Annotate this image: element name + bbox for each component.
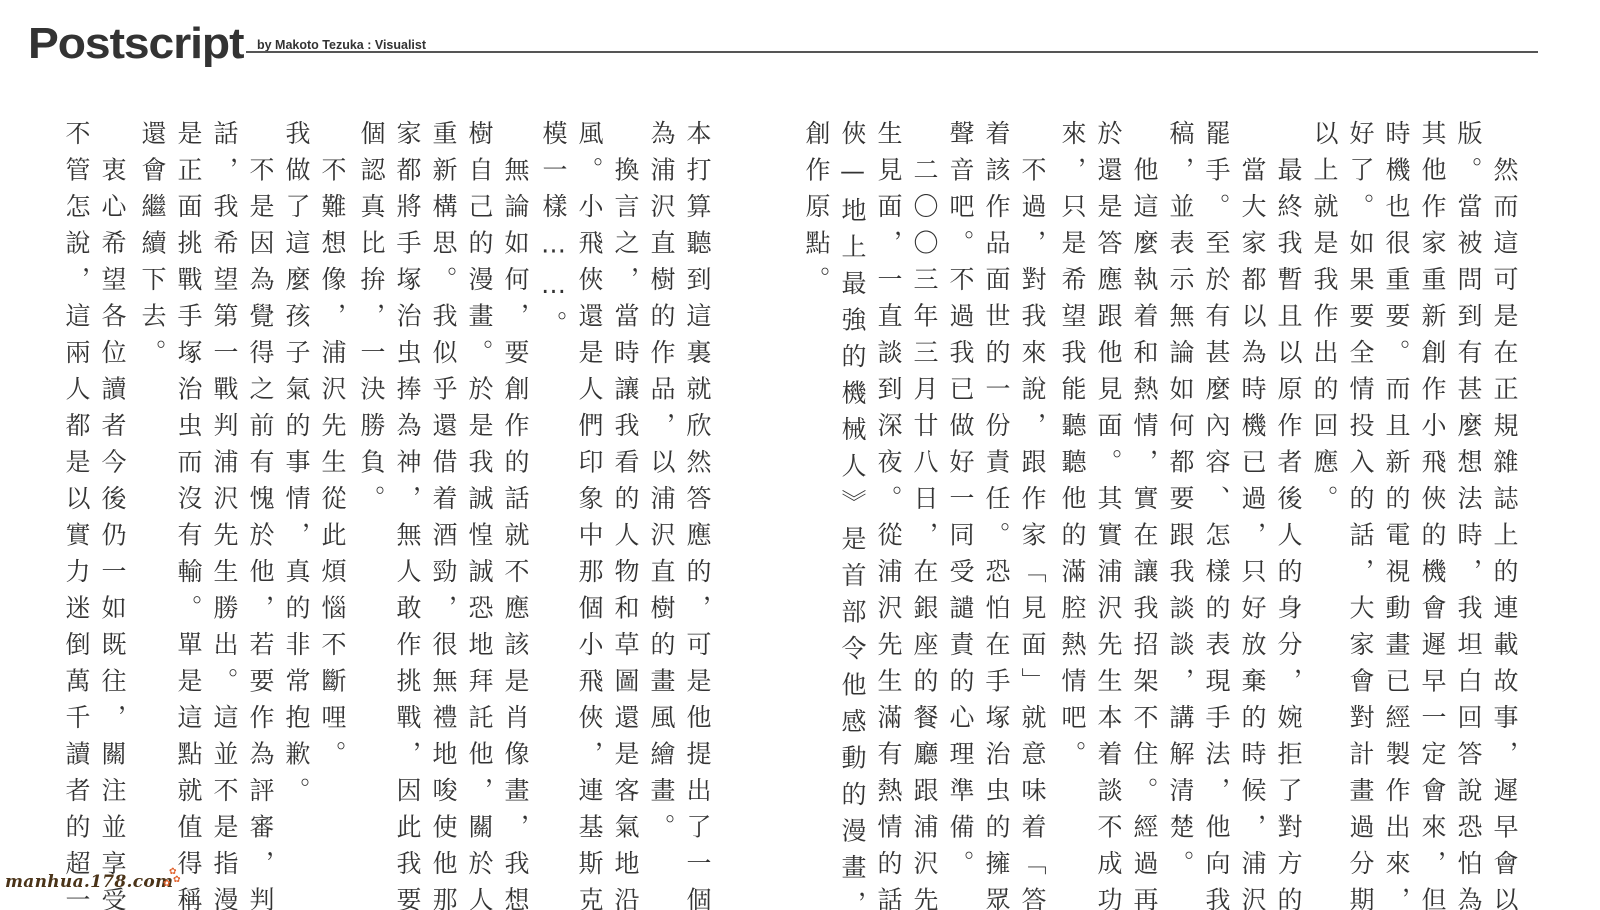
text-column: 話，我希望第一戰判浦沢先生勝出。這並不是指漫畫上誰優誰劣，而 (207, 120, 241, 820)
text-column: 模一樣……。 (536, 120, 570, 820)
flower-icon: ✿ ✿ ✿ (161, 868, 181, 890)
text-column: 稿，並表示無論如何都要跟我談談，講解清楚。 (1163, 120, 1197, 820)
text-column: 最終我暫且以原作者後人的身分，婉拒了對方的請求。 (1271, 120, 1305, 820)
vertical-text-body: 然而這可是在正規雜誌上的連載故事，遲早會以單行本形式出版。當被問到有甚麼想法時，… (0, 0, 1600, 910)
text-column: 不管怎說，這兩人都是以實力迷倒萬千讀者的超一流藝術家。 (59, 120, 93, 820)
text-column: 風。小飛俠還是人們印象中那個小飛俠，連基斯克也是和原作長得一 (572, 120, 606, 820)
text-column: 他這麼執着和熱情，實在讓我招架不住。經過再三考慮之後，終 (1127, 120, 1161, 820)
text-column: 不難想像，浦沢先生從此煩惱不斷哩。 (315, 120, 349, 820)
text-column: 樹自己的漫畫。於是我誠惶誠恐地拜託他，關於人物的設定，希望能 (462, 120, 496, 820)
text-column: 聲音吧。不過我已做好一同受譴責的心理準備。 (943, 120, 977, 820)
text-column: 為浦沢直樹的作品，以浦沢直樹的畫風繪畫。 (644, 120, 678, 820)
text-column: 二〇〇三年三月廿八日，在銀座的餐廳跟浦沢先生，監製長崎先 (907, 120, 941, 820)
text-column: 不是因為覺得之前有愧於他，若要作為評審，判定這場勝負的 (243, 120, 277, 820)
text-column: 於還是答應跟他見面。其實浦沢先生本着談不成功也不要緊的心態而 (1091, 120, 1125, 820)
text-column: 然而這可是在正規雜誌上的連載故事，遲早會以單行本形式出 (1487, 120, 1521, 820)
text-column: 當大家都以為時機已過，只好放棄的時候，浦沢先生並沒有就此 (1235, 120, 1269, 820)
text-column: 家都將手塚治虫捧為神，無人敢作挑戰，因此我要出任評審，決心來 (390, 120, 424, 820)
text-column: 個認真比拚，一決勝負。 (354, 120, 388, 820)
text-column: 着該作品面世的一份責任。恐怕在手塚治虫的擁眾當中，有不少反對 (979, 120, 1013, 820)
text-column: 創作原點。 (799, 120, 833, 820)
text-column: 好了。如果要全情投入的話，大家會對計畫過分期望，反而不利吧。 (1343, 120, 1377, 820)
text-column: 還會繼續下去。 (135, 120, 169, 820)
text-column: 無論如何，要創作的話就不應該是肖像畫，我想看到屬於浦沢直 (498, 120, 532, 820)
text-column: 來，只是希望我能聽聽他的滿腔熱情吧。 (1055, 120, 1089, 820)
text-column: 生見面，一直談到深夜。從浦沢先生滿有熱情的話語中，得知《小飛 (871, 120, 905, 820)
text-column: 時機也很重要。而且新的電視動畫已經製作出來，很多活動也已構思 (1379, 120, 1413, 820)
text-column: 本打算聽到這裏就欣然答應的，可是他提出了一個條件。就是必須作 (680, 120, 714, 820)
text-column: 換言之，當時讓我看的人物和草圖還是客氣地沿襲手塚治虫的畫 (608, 120, 642, 820)
text-column: 我做了這麼孩子氣的事情，真的非常抱歉。 (279, 120, 313, 820)
text-column: 重新構思。我似乎還借着酒勁，很無禮地唆使他那樣做。由於以前大 (426, 120, 460, 820)
text-column: 罷手。至於有甚麼內容、怎樣的表現手法，他向我展示了簡單的草 (1199, 120, 1233, 820)
text-column: 以上就是我作出的回應。 (1307, 120, 1341, 820)
text-column: 是正面挑戰手塚治虫而沒有輸。單是這點就值得稱讚了，當然，戰鬥 (171, 120, 205, 820)
text-column: 版。當被問到有甚麼想法時，我坦白回答說恐怕為時尚早。雖然心知 (1451, 120, 1485, 820)
text-column: 不過，對我來說，跟作家「見面」就意味着「答允」，同時也肩負 (1015, 120, 1049, 820)
watermark-logo: manhua.178.com (5, 872, 173, 892)
text-column: 俠—地上最強的機械人》是首部令他感動的漫畫，而這也是他本身的 (835, 120, 869, 820)
text-column: 衷心希望各位讀者今後仍一如既往，關注並享受這場戰鬥。因為 (95, 120, 129, 820)
text-column: 其他作家重新創作小飛俠的機會遲早一定會來，但配合小飛俠生日這 (1415, 120, 1449, 820)
